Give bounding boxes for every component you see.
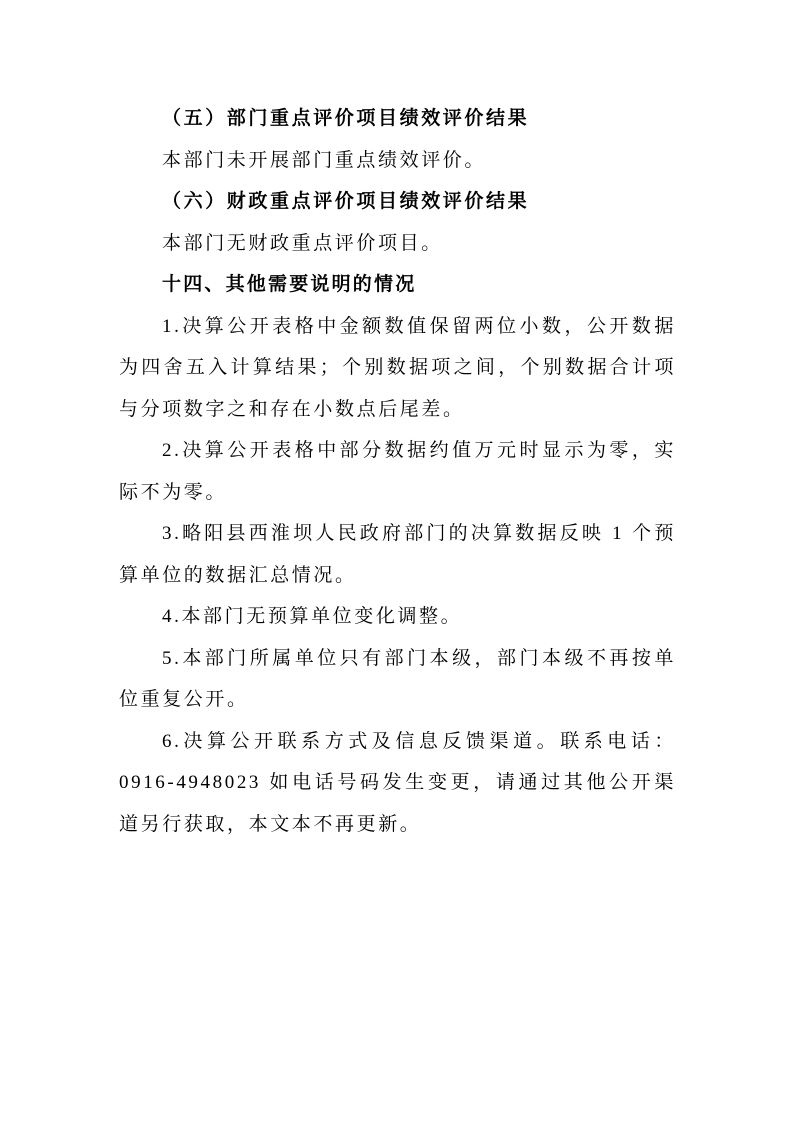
note-3: 3.略阳县西淮坝人民政府部门的决算数据反映 1 个预算单位的数据汇总情况。	[119, 513, 676, 596]
section-14-heading: 十四、其他需要说明的情况	[119, 264, 676, 306]
document-page: （五）部门重点评价项目绩效评价结果本部门未开展部门重点绩效评价。（六）财政重点评…	[0, 0, 793, 1122]
document-body: （五）部门重点评价项目绩效评价结果本部门未开展部门重点绩效评价。（六）财政重点评…	[119, 98, 676, 845]
note-2: 2.决算公开表格中部分数据约值万元时显示为零，实际不为零。	[119, 430, 676, 513]
note-6: 6.决算公开联系方式及信息反馈渠道。联系电话：0916-4948023 如电话号…	[119, 721, 676, 846]
note-4: 4.本部门无预算单位变化调整。	[119, 596, 676, 638]
section-5-body: 本部门未开展部门重点绩效评价。	[119, 140, 676, 182]
section-5-heading: （五）部门重点评价项目绩效评价结果	[119, 98, 676, 140]
section-6-body: 本部门无财政重点评价项目。	[119, 223, 676, 265]
note-1: 1.决算公开表格中金额数值保留两位小数，公开数据为四舍五入计算结果；个别数据项之…	[119, 306, 676, 431]
note-5: 5.本部门所属单位只有部门本级，部门本级不再按单位重复公开。	[119, 638, 676, 721]
section-6-heading: （六）财政重点评价项目绩效评价结果	[119, 181, 676, 223]
